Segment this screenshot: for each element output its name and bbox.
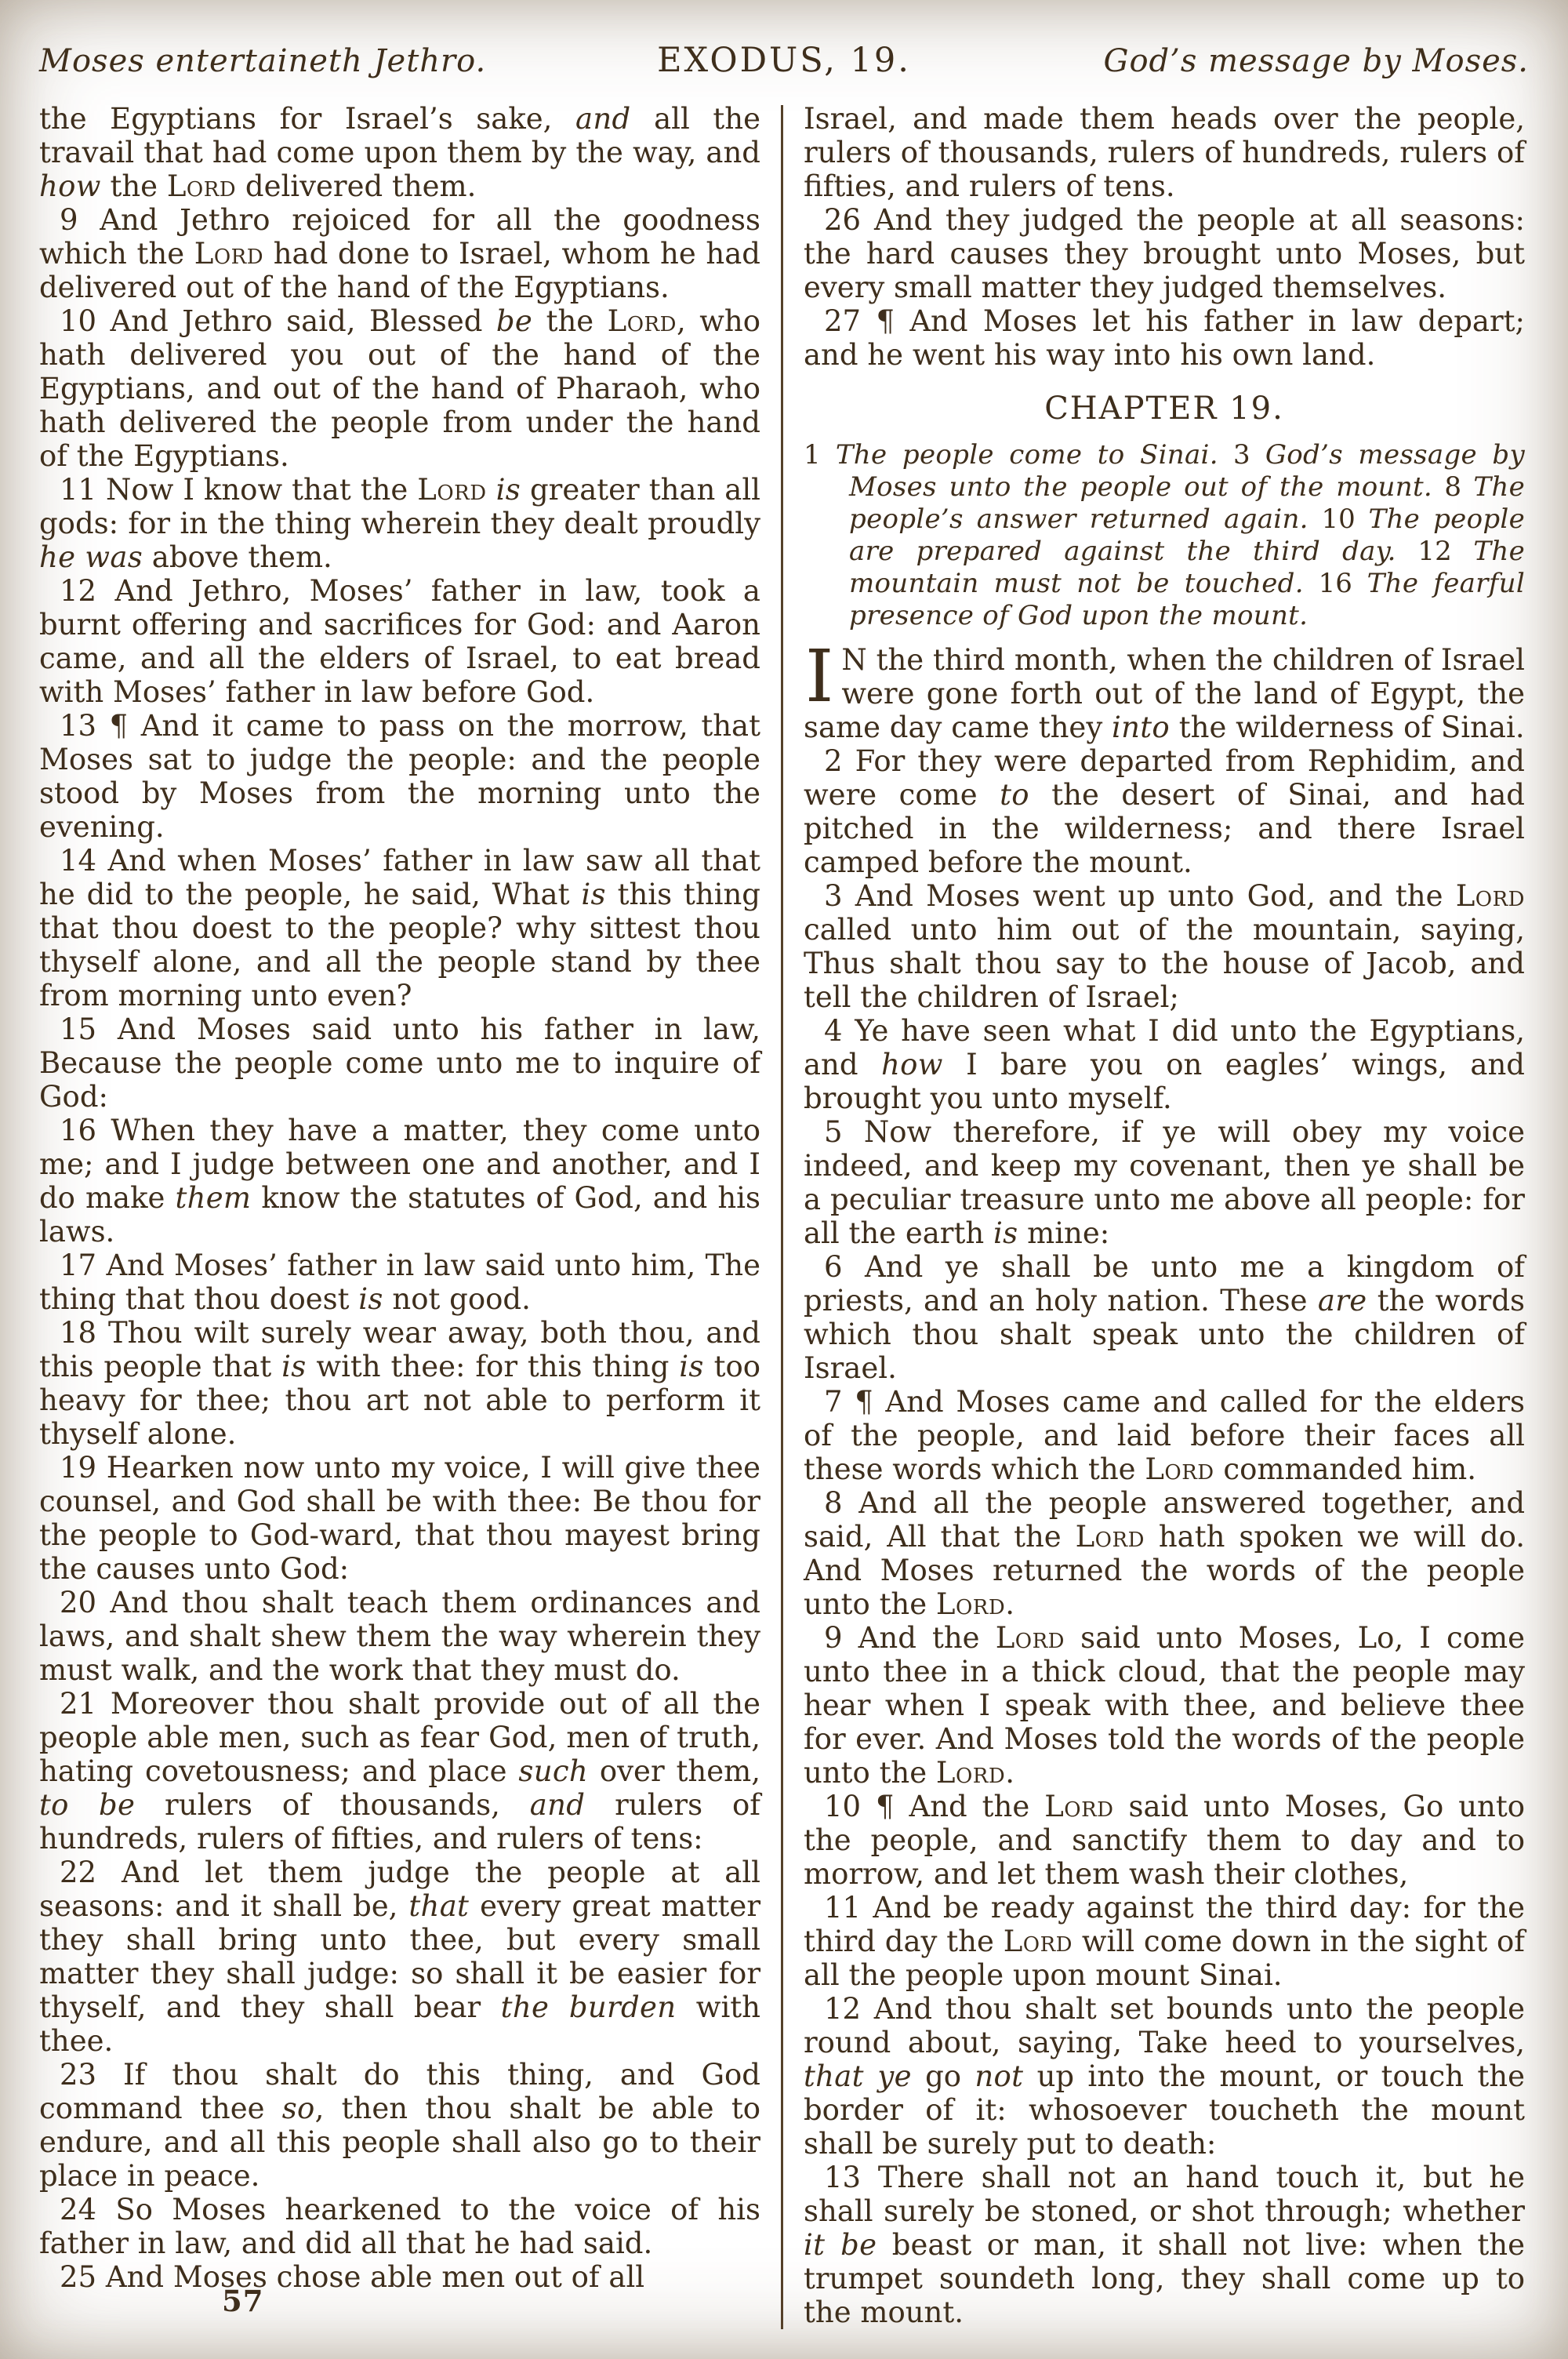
verse-paragraph: 14 And when Moses’ father in law saw all…	[39, 844, 760, 1012]
lord-small-caps: Lord	[936, 1587, 1005, 1621]
lord-small-caps: Lord	[608, 304, 677, 338]
verse-paragraph: 9 And the Lord said unto Moses, Lo, I co…	[804, 1621, 1525, 1790]
running-head-left: Moses entertaineth Jethro.	[39, 43, 657, 79]
lord-small-caps: Lord	[1076, 1520, 1145, 1554]
verse-paragraph: 6 And ye shall be unto me a kingdom of p…	[804, 1250, 1525, 1385]
verse-paragraph: 4 Ye have seen what I did unto the Egypt…	[804, 1014, 1525, 1115]
right-column: Israel, and made them heads over the peo…	[804, 102, 1525, 2329]
verse-paragraph: 13 There shall not an hand touch it, but…	[804, 2161, 1525, 2329]
lord-small-caps: Lord	[1044, 1790, 1113, 1823]
verse-paragraph: 27 ¶ And Moses let his father in law dep…	[804, 304, 1525, 372]
verse-paragraph: 16 When they have a matter, they come un…	[39, 1114, 760, 1249]
lord-small-caps: Lord	[1004, 1925, 1073, 1958]
chapter-summary: 1 The people come to Sinai. 3 God’s mess…	[804, 439, 1525, 632]
drop-cap-letter: I	[805, 648, 833, 706]
verse-paragraph: 22 And let them judge the people at all …	[39, 1856, 760, 2058]
verse-paragraph: 18 Thou wilt surely wear away, both thou…	[39, 1316, 760, 1451]
left-column: the Egyptians for Israel’s sake, and all…	[39, 102, 760, 2329]
verse-paragraph: 19 Hearken now unto my voice, I will giv…	[39, 1451, 760, 1586]
verse-paragraph: 23 If thou shalt do this thing, and God …	[39, 2058, 760, 2193]
lord-small-caps: Lord	[1145, 1452, 1214, 1486]
verse-paragraph: 11 Now I know that the Lord is greater t…	[39, 473, 760, 574]
verse-paragraph: 17 And Moses’ father in law said unto hi…	[39, 1249, 760, 1316]
verse-paragraph: 21 Moreover thou shalt provide out of al…	[39, 1687, 760, 1856]
verse-paragraph: 24 So Moses hearkened to the voice of hi…	[39, 2193, 760, 2260]
verse-paragraph: 7 ¶ And Moses came and called for the el…	[804, 1385, 1525, 1486]
running-head-right: God’s message by Moses.	[911, 43, 1529, 79]
verse-paragraph: 15 And Moses said unto his father in law…	[39, 1012, 760, 1114]
lord-small-caps: Lord	[194, 237, 263, 271]
column-divider	[781, 105, 783, 2329]
verse-paragraph: 12 And thou shalt set bounds unto the pe…	[804, 1992, 1525, 2161]
verse-paragraph: 8 And all the people answered together, …	[804, 1486, 1525, 1621]
dropcap-paragraph: IN the third month, when the children of…	[804, 643, 1525, 744]
bible-page: Moses entertaineth Jethro. EXODUS, 19. G…	[0, 0, 1568, 2329]
lord-small-caps: Lord	[1456, 879, 1525, 913]
verse-paragraph: 26 And they judged the people at all sea…	[804, 203, 1525, 304]
lord-small-caps: Lord	[417, 473, 486, 507]
lord-small-caps: Lord	[936, 1756, 1005, 1790]
verse-paragraph: 5 Now therefore, if ye will obey my voic…	[804, 1115, 1525, 1250]
book-chapter-title: EXODUS, 19.	[657, 41, 911, 80]
verse-paragraph: 25 And Moses chose able men out of all	[39, 2260, 760, 2294]
verse-paragraph: 3 And Moses went up unto God, and the Lo…	[804, 879, 1525, 1014]
continuation-paragraph: Israel, and made them heads over the peo…	[804, 102, 1525, 203]
verse-paragraph: 12 And Jethro, Moses’ father in law, too…	[39, 574, 760, 709]
text-columns: the Egyptians for Israel’s sake, and all…	[39, 102, 1529, 2329]
verse-paragraph: 10 And Jethro said, Blessed be the Lord,…	[39, 304, 760, 473]
lord-small-caps: Lord	[167, 169, 236, 203]
chapter-heading: CHAPTER 19.	[804, 391, 1525, 427]
lord-small-caps: Lord	[996, 1621, 1065, 1655]
verse-paragraph: 2 For they were departed from Rephidim, …	[804, 744, 1525, 879]
verse-paragraph: 11 And be ready against the third day: f…	[804, 1891, 1525, 1992]
continuation-paragraph: the Egyptians for Israel’s sake, and all…	[39, 102, 760, 203]
verse-paragraph: 20 And thou shalt teach them ordinances …	[39, 1586, 760, 1687]
verse-paragraph: 10 ¶ And the Lord said unto Moses, Go un…	[804, 1790, 1525, 1891]
page-number: 57	[222, 2284, 264, 2318]
running-header: Moses entertaineth Jethro. EXODUS, 19. G…	[39, 0, 1529, 85]
verse-paragraph: 13 ¶ And it came to pass on the morrow, …	[39, 709, 760, 844]
verse-paragraph: 9 And Jethro rejoiced for all the goodne…	[39, 203, 760, 304]
